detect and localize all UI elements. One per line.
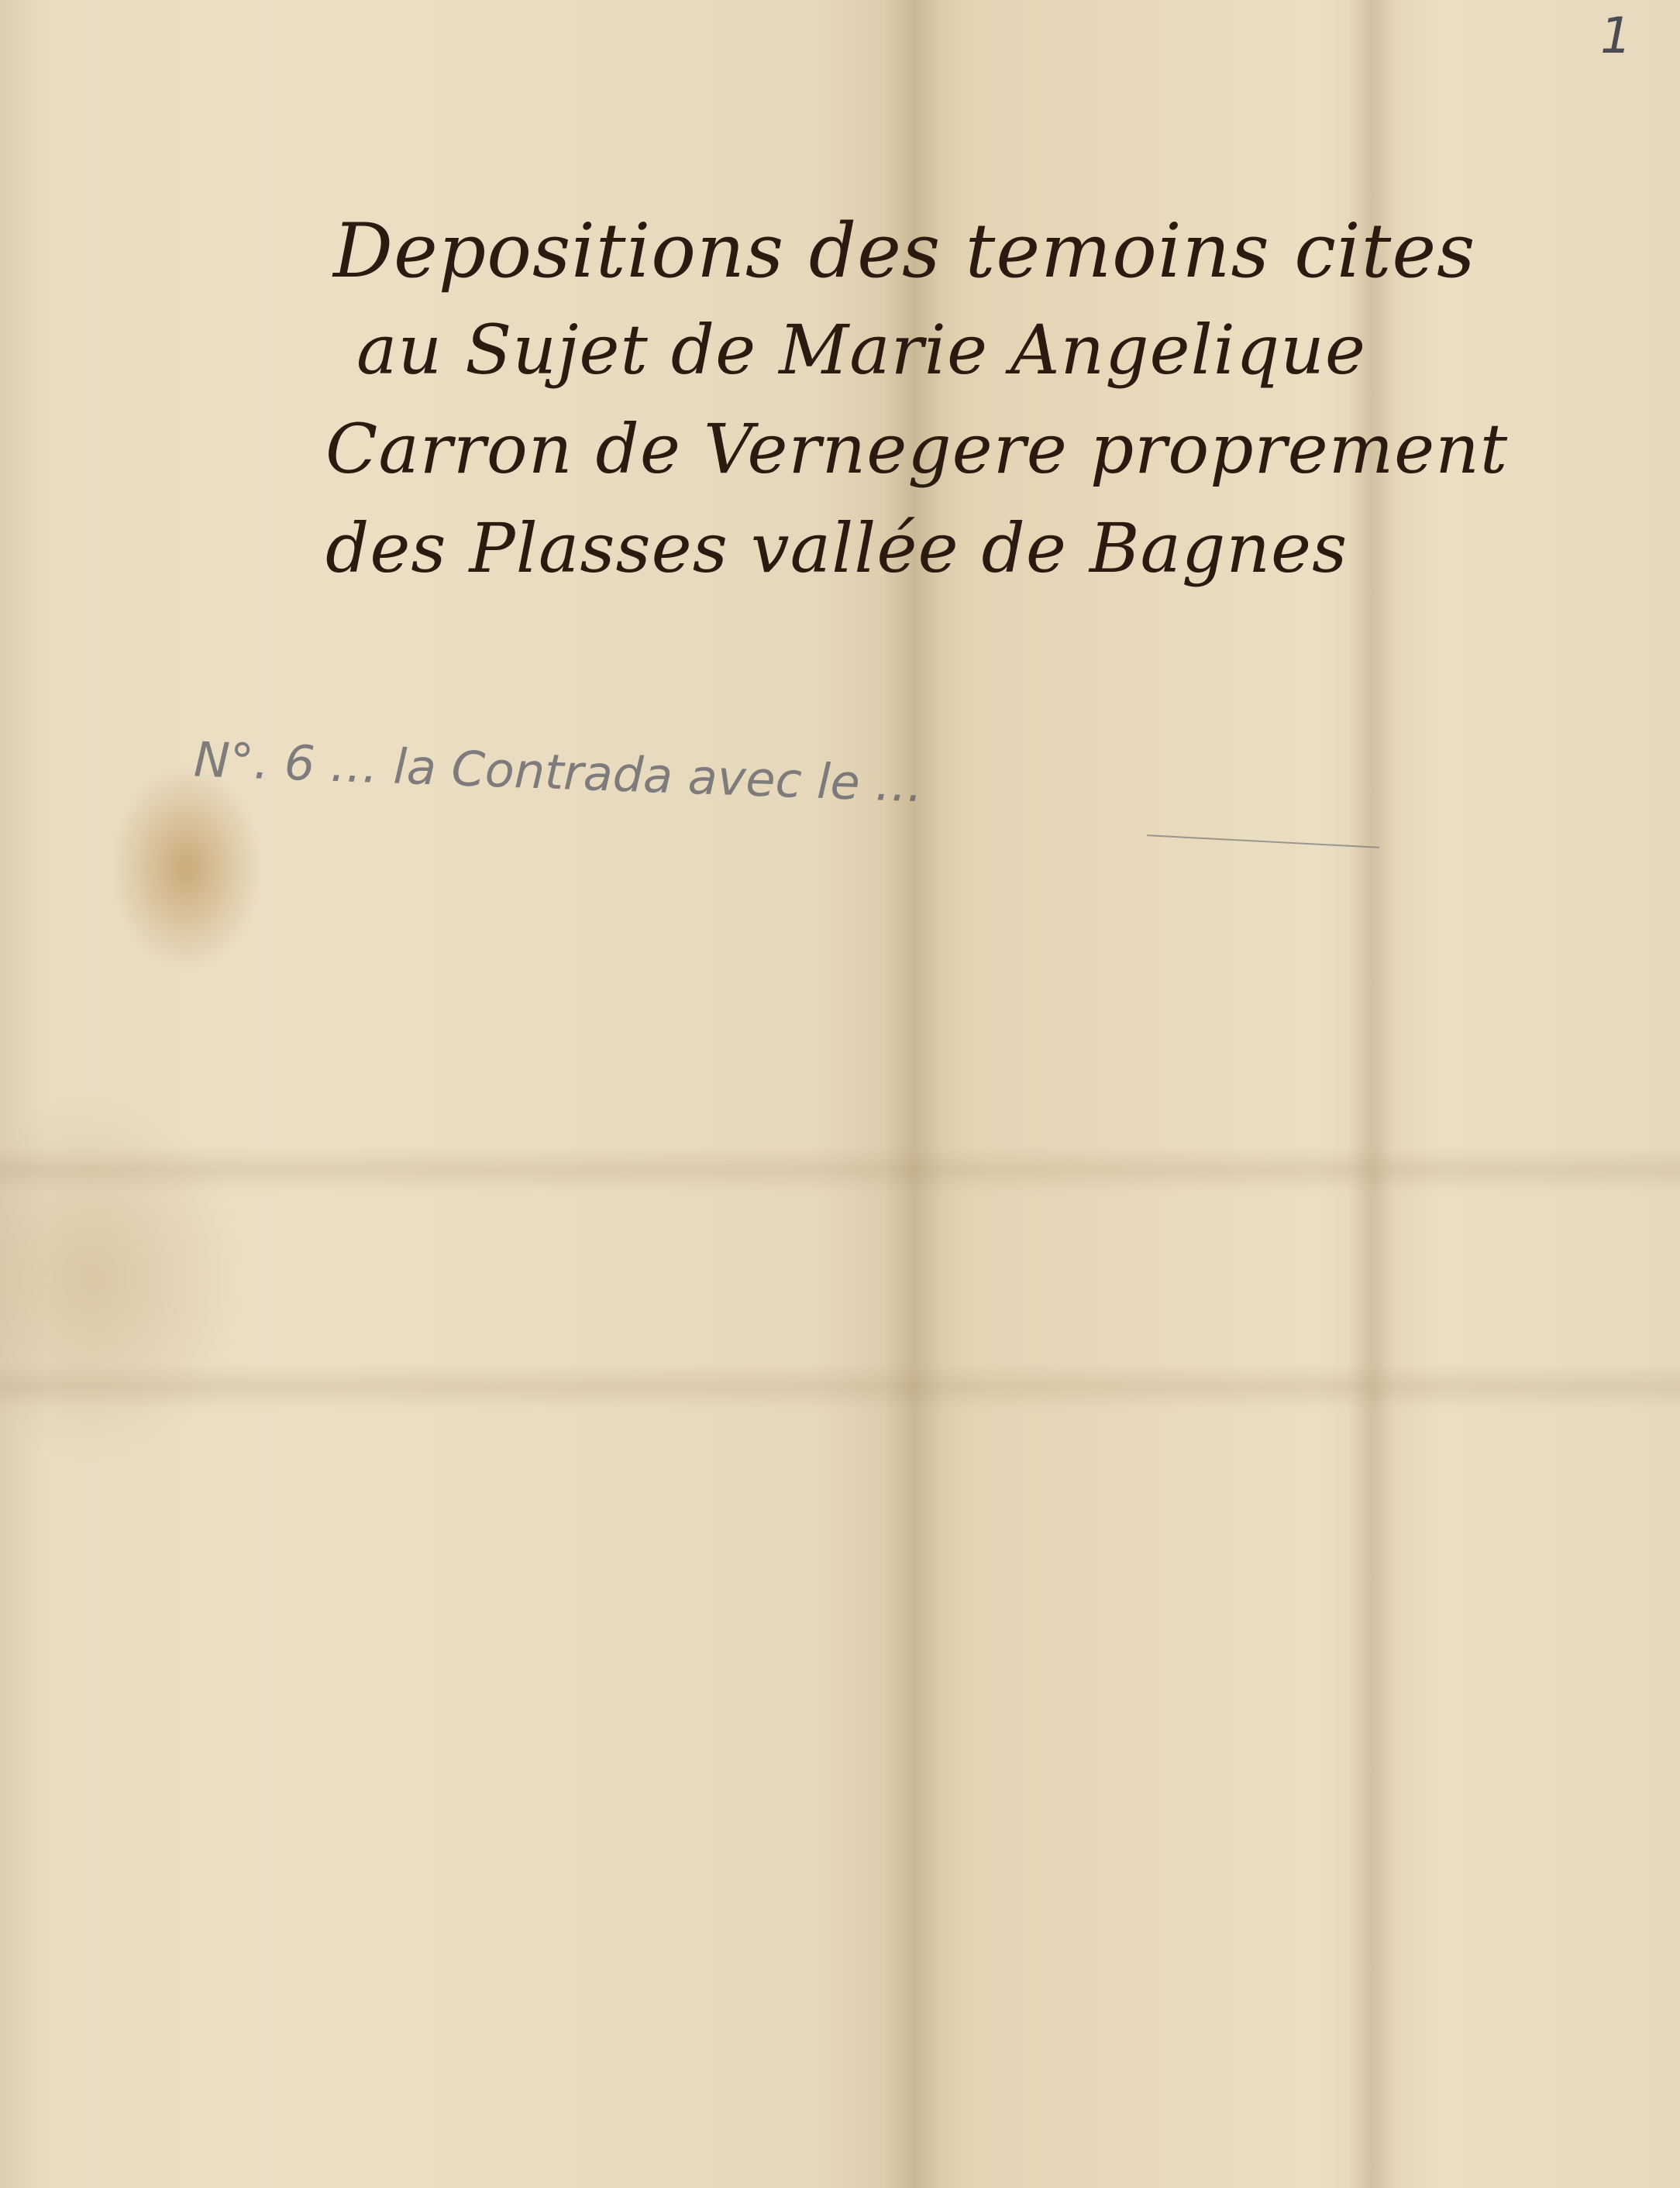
folio-number: 1 (1600, 8, 1632, 65)
title-line-2: au Sujet de Marie Angelique (356, 301, 1441, 400)
pencil-annotation: N°. 6 … la Contrada avec le … (193, 731, 924, 814)
title-line-1: Depositions des temoins cites (333, 201, 1441, 301)
pencil-underline-flourish (1147, 834, 1379, 848)
title-line-3: Carron de Vernegere proprement (325, 400, 1441, 499)
manuscript-page: 1 Depositions des temoins cites au Sujet… (0, 0, 1680, 2188)
document-title: Depositions des temoins cites au Sujet d… (325, 201, 1441, 598)
horizontal-fold-crease (0, 1147, 1680, 1193)
title-line-4: des Plasses vallée de Bagnes (325, 499, 1441, 598)
horizontal-fold-crease-lower (0, 1364, 1680, 1410)
